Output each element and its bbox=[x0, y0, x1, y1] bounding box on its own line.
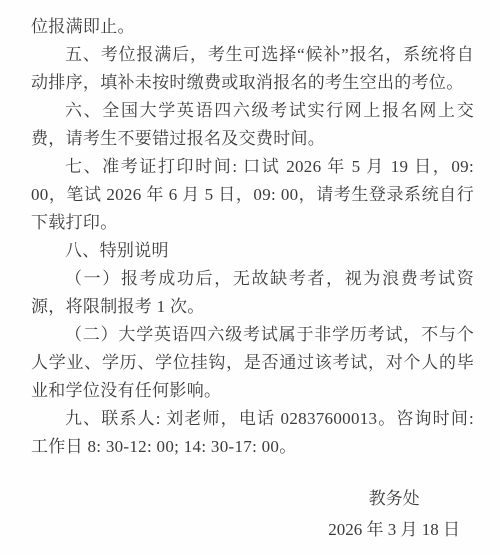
para-note-2: （二）大学英语四六级考试属于非学历考试，不与个人学业、学历、学位挂钩，是否通过该… bbox=[31, 321, 474, 405]
signature-org: 教务处 bbox=[328, 483, 460, 514]
para-item-7: 七、准考证打印时间: 口试 2026 年 5 月 19 日，09: 00，笔试 … bbox=[31, 153, 474, 237]
para-continuation: 位报满即止。 bbox=[31, 13, 474, 41]
para-item-9-contact: 九、联系人: 刘老师，电话 02837600013。咨询时间: 工作日 8: 3… bbox=[31, 405, 474, 461]
notice-page: 位报满即止。 五、考位报满后，考生可选择“候补”报名，系统将自动排序，填补未按时… bbox=[0, 0, 500, 555]
para-item-6: 六、全国大学英语四六级考试实行网上报名网上交费，请考生不要错过报名及交费时间。 bbox=[31, 97, 474, 153]
notice-body: 位报满即止。 五、考位报满后，考生可选择“候补”报名，系统将自动排序，填补未按时… bbox=[31, 13, 474, 461]
signature-inner: 教务处 2026 年 3 月 18 日 bbox=[328, 483, 460, 545]
para-item-5: 五、考位报满后，考生可选择“候补”报名，系统将自动排序，填补未按时缴费或取消报名… bbox=[31, 41, 474, 97]
para-item-8-heading: 八、特别说明 bbox=[31, 237, 474, 265]
para-note-1: （一）报考成功后，无故缺考者，视为浪费考试资源，将限制报考 1 次。 bbox=[31, 265, 474, 321]
signature-block: 教务处 2026 年 3 月 18 日 bbox=[31, 483, 474, 545]
signature-date: 2026 年 3 月 18 日 bbox=[328, 514, 460, 545]
